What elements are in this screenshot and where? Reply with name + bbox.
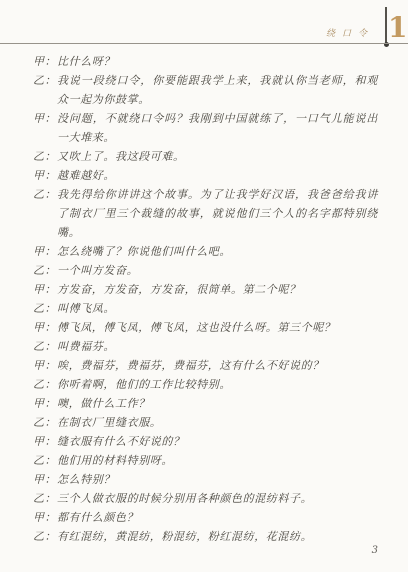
header-vertical-divider xyxy=(385,7,387,44)
utterance-text: 越难越好。 xyxy=(57,166,378,185)
dialogue-row: 乙： 三个人做衣服的时候分别用各种颜色的混纺料子。 xyxy=(33,489,378,508)
utterance-text: 我先得给你讲讲这个故事。为了让我学好汉语，我爸爸给我讲了制衣厂里三个裁缝的故事，… xyxy=(57,185,378,242)
utterance-text: 三个人做衣服的时候分别用各种颜色的混纺料子。 xyxy=(57,489,378,508)
speaker-label: 乙： xyxy=(33,451,57,470)
speaker-label: 乙： xyxy=(33,527,57,546)
speaker-label: 乙： xyxy=(33,375,57,394)
utterance-text: 方发奋，方发奋，方发奋，很简单。第二个呢？ xyxy=(57,280,378,299)
utterance-text: 叫费福芬。 xyxy=(57,337,378,356)
dialogue-row: 乙： 在制衣厂里缝衣服。 xyxy=(33,413,378,432)
speaker-label: 甲： xyxy=(33,109,57,147)
header-rule xyxy=(0,43,408,44)
utterance-text: 傅飞凤，傅飞凤，傅飞凤，这也没什么呀。第三个呢？ xyxy=(57,318,378,337)
speaker-label: 乙： xyxy=(33,337,57,356)
dialogue-row: 乙： 你听着啊，他们的工作比较特别。 xyxy=(33,375,378,394)
page-number: 3 xyxy=(372,545,378,556)
speaker-label: 甲： xyxy=(33,356,57,375)
utterance-text: 噢，做什么工作？ xyxy=(57,394,378,413)
textbook-page: 绕口令 1 甲： 比什么呀？ 乙： 我说一段绕口令，你要能跟我学上来，我就认你当… xyxy=(0,0,408,572)
dialogue-row: 甲： 唉，费福芬，费福芬，费福芬，这有什么不好说的？ xyxy=(33,356,378,375)
speaker-label: 甲： xyxy=(33,394,57,413)
dialogue-row: 乙： 我说一段绕口令，你要能跟我学上来，我就认你当老师，和观众一起为你鼓掌。 xyxy=(33,71,378,109)
speaker-label: 甲： xyxy=(33,242,57,261)
utterance-text: 比什么呀？ xyxy=(57,52,378,71)
speaker-label: 甲： xyxy=(33,52,57,71)
dialogue-row: 乙： 我先得给你讲讲这个故事。为了让我学好汉语，我爸爸给我讲了制衣厂里三个裁缝的… xyxy=(33,185,378,242)
dialogue-row: 乙： 叫费福芬。 xyxy=(33,337,378,356)
utterance-text: 都有什么颜色？ xyxy=(57,508,378,527)
speaker-label: 乙： xyxy=(33,299,57,318)
utterance-text: 我说一段绕口令，你要能跟我学上来，我就认你当老师，和观众一起为你鼓掌。 xyxy=(57,71,378,109)
speaker-label: 甲： xyxy=(33,470,57,489)
utterance-text: 怎么特别？ xyxy=(57,470,378,489)
speaker-label: 乙： xyxy=(33,489,57,508)
speaker-label: 甲： xyxy=(33,318,57,337)
dialogue-row: 乙： 又吹上了。我这段可难。 xyxy=(33,147,378,166)
dialogue-list: 甲： 比什么呀？ 乙： 我说一段绕口令，你要能跟我学上来，我就认你当老师，和观众… xyxy=(0,44,408,546)
speaker-label: 乙： xyxy=(33,261,57,280)
dialogue-row: 甲： 噢，做什么工作？ xyxy=(33,394,378,413)
utterance-text: 没问题，不就绕口令吗？我刚到中国就练了，一口气儿能说出一大堆来。 xyxy=(57,109,378,147)
utterance-text: 缝衣服有什么不好说的？ xyxy=(57,432,378,451)
dialogue-row: 甲： 比什么呀？ xyxy=(33,52,378,71)
dialogue-row: 甲： 缝衣服有什么不好说的？ xyxy=(33,432,378,451)
page-header: 绕口令 1 xyxy=(0,0,408,44)
dialogue-row: 甲： 方发奋，方发奋，方发奋，很简单。第二个呢？ xyxy=(33,280,378,299)
speaker-label: 甲： xyxy=(33,280,57,299)
dialogue-row: 乙： 有红混纺，黄混纺，粉混纺，粉红混纺，花混纺。 xyxy=(33,527,378,546)
utterance-text: 他们用的材料特别呀。 xyxy=(57,451,378,470)
lesson-number: 1 xyxy=(388,14,405,42)
speaker-label: 乙： xyxy=(33,71,57,109)
dialogue-row: 乙： 叫傅飞凤。 xyxy=(33,299,378,318)
utterance-text: 唉，费福芬，费福芬，费福芬，这有什么不好说的？ xyxy=(57,356,378,375)
dialogue-row: 甲： 怎么特别？ xyxy=(33,470,378,489)
chapter-title: 绕口令 xyxy=(326,26,374,39)
utterance-text: 怎么绕嘴了？你说他们叫什么吧。 xyxy=(57,242,378,261)
utterance-text: 又吹上了。我这段可难。 xyxy=(57,147,378,166)
utterance-text: 有红混纺，黄混纺，粉混纺，粉红混纺，花混纺。 xyxy=(57,527,378,546)
dialogue-row: 乙： 一个叫方发奋。 xyxy=(33,261,378,280)
dialogue-row: 甲： 没问题，不就绕口令吗？我刚到中国就练了，一口气儿能说出一大堆来。 xyxy=(33,109,378,147)
dialogue-row: 乙： 他们用的材料特别呀。 xyxy=(33,451,378,470)
speaker-label: 甲： xyxy=(33,508,57,527)
dialogue-row: 甲： 越难越好。 xyxy=(33,166,378,185)
dialogue-row: 甲： 都有什么颜色？ xyxy=(33,508,378,527)
utterance-text: 在制衣厂里缝衣服。 xyxy=(57,413,378,432)
dialogue-row: 甲： 傅飞凤，傅飞凤，傅飞凤，这也没什么呀。第三个呢？ xyxy=(33,318,378,337)
speaker-label: 甲： xyxy=(33,432,57,451)
utterance-text: 一个叫方发奋。 xyxy=(57,261,378,280)
utterance-text: 叫傅飞凤。 xyxy=(57,299,378,318)
speaker-label: 甲： xyxy=(33,166,57,185)
utterance-text: 你听着啊，他们的工作比较特别。 xyxy=(57,375,378,394)
speaker-label: 乙： xyxy=(33,413,57,432)
speaker-label: 乙： xyxy=(33,185,57,242)
speaker-label: 乙： xyxy=(33,147,57,166)
dialogue-row: 甲： 怎么绕嘴了？你说他们叫什么吧。 xyxy=(33,242,378,261)
